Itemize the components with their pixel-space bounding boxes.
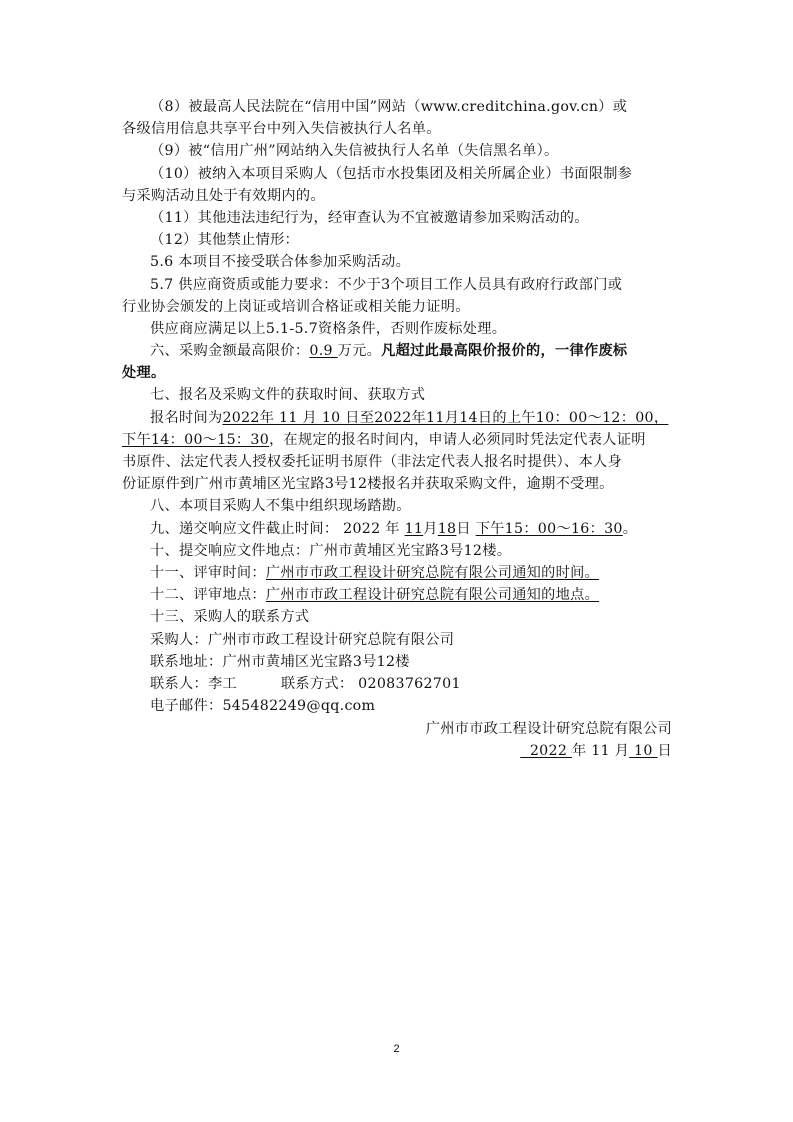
item-10-line1: （10）被纳入本项目采购人（包括市水投集团及相关所属企业）书面限制参 <box>122 163 674 185</box>
item-8-line2: 各级信用信息共享平台中列入失信被执行人名单。 <box>122 118 674 140</box>
month-suffix: 月 <box>423 521 438 537</box>
price-amount: 0.9 <box>309 343 337 359</box>
section-7-line1: 报名时间为2022年 11 月 10 日至2022年11月14日的上午10：00… <box>122 407 674 429</box>
section-8: 八、本项目采购人不集中组织现场踏勘。 <box>122 495 674 517</box>
review-place: 广州市市政工程设计研究总院有限公司通知的地点。 <box>266 587 599 603</box>
deadline-label: 九、递交响应文件截止时间： 2022 年 <box>150 521 405 537</box>
section-5-6: 5.6 本项目不接受联合体参加采购活动。 <box>122 251 674 273</box>
section-5-7-line2: 行业协会颁发的上岗证或培训合格证或相关能力证明。 <box>122 296 674 318</box>
signature-company: 广州市市政工程设计研究总院有限公司 <box>426 718 672 740</box>
section-13-title: 十三、采购人的联系方式 <box>122 606 674 628</box>
signature-year: 2022 <box>520 743 572 759</box>
registration-label: 报名时间为 <box>150 410 222 426</box>
registration-period: 2022年 11 月 10 日至2022年11月14日的上午10：00～12：0… <box>222 410 668 426</box>
day-suffix: 日 <box>456 521 475 537</box>
item-12: （12）其他禁止情形： <box>122 229 674 251</box>
contact-phone: 联系方式： 02083762701 <box>281 676 461 692</box>
item-10-line2: 与采购活动且处于有效期内的。 <box>122 185 674 207</box>
deadline-month: 11 <box>405 521 424 537</box>
page-number: 2 <box>0 1043 793 1055</box>
item-11: （11）其他违法违纪行为，经审查认为不宜被邀请参加采购活动的。 <box>122 207 674 229</box>
deadline-day: 18 <box>438 521 457 537</box>
item-9: （9）被“信用广州”网站纳入失信被执行人名单（失信黑名单）。 <box>122 140 674 162</box>
price-unit: 万元。 <box>338 343 381 359</box>
review-time: 广州市市政工程设计研究总院有限公司通知的时间。 <box>266 565 599 581</box>
section-6-line1: 六、采购金额最高限价：0.9 万元。凡超过此最高限价报价的，一律作废标 <box>122 340 674 362</box>
registration-afternoon: 下午14：00～15：30 <box>122 432 269 448</box>
section-6-line2: 处理。 <box>122 362 674 384</box>
signature-date: 2022 年 11 月 10 日 <box>426 740 672 762</box>
contact-person: 联系人：李工 <box>150 676 237 692</box>
contact-email: 电子邮件：545482249@qq.com <box>122 695 674 717</box>
deadline-time: 下午15：00～16：30 <box>476 521 623 537</box>
price-warning: 凡超过此最高限价报价的，一律作废标 <box>381 343 627 359</box>
section-7-title: 七、报名及采购文件的获取时间、获取方式 <box>122 384 674 406</box>
section-7-line3: 书原件、法定代表人授权委托证明书原件（非法定代表人报名时提供）、本人身 <box>122 451 674 473</box>
signature-block: 广州市市政工程设计研究总院有限公司 2022 年 11 月 10 日 <box>426 718 672 762</box>
period: 。 <box>623 521 638 537</box>
contact-address: 联系地址：广州市黄埔区光宝路3号12楼 <box>122 651 674 673</box>
item-8-line1: （8）被最高人民法院在“信用中国”网站（www.creditchina.gov.… <box>122 96 674 118</box>
section-12: 十二、评审地点：广州市市政工程设计研究总院有限公司通知的地点。 <box>122 584 674 606</box>
review-place-label: 十二、评审地点： <box>150 587 266 603</box>
purchaser: 采购人：广州市市政工程设计研究总院有限公司 <box>122 629 674 651</box>
section-5-7-line1: 5.7 供应商资质或能力要求：不少于3个项目工作人员具有政府行政部门或 <box>122 274 674 296</box>
registration-requirement: ，在规定的报名时间内，申请人必须同时凭法定代表人证明 <box>269 432 646 448</box>
day-suffix: 日 <box>658 743 673 759</box>
section-9: 九、递交响应文件截止时间： 2022 年 11月18日 下午15：00～16：3… <box>122 518 674 540</box>
review-time-label: 十一、评审时间： <box>150 565 266 581</box>
section-10: 十、提交响应文件地点：广州市黄埔区光宝路3号12楼。 <box>122 540 674 562</box>
section-11: 十一、评审时间：广州市市政工程设计研究总院有限公司通知的时间。 <box>122 562 674 584</box>
section-7-line4: 份证原件到广州市黄埔区光宝路3号12楼报名并获取采购文件，逾期不受理。 <box>122 473 674 495</box>
price-label: 六、采购金额最高限价： <box>150 343 309 359</box>
contact-line: 联系人：李工联系方式： 02083762701 <box>122 673 674 695</box>
section-7-line2: 下午14：00～15：30，在规定的报名时间内，申请人必须同时凭法定代表人证明 <box>122 429 674 451</box>
document-body: （8）被最高人民法院在“信用中国”网站（www.creditchina.gov.… <box>122 96 674 717</box>
qualification-note: 供应商应满足以上5.1-5.7资格条件，否则作废标处理。 <box>122 318 674 340</box>
signature-day: 10 <box>629 743 657 759</box>
signature-month: 年 11 月 <box>572 743 629 759</box>
